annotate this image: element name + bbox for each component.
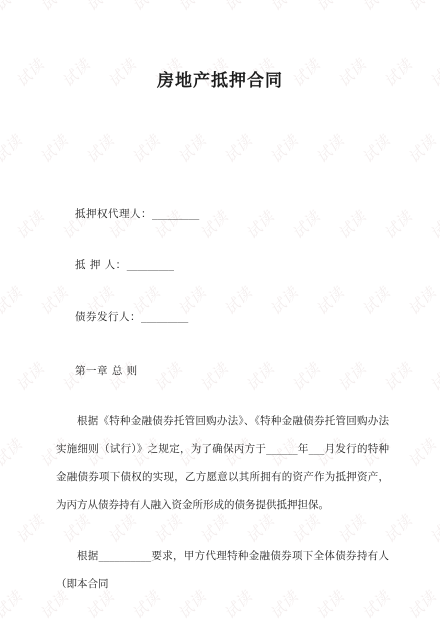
watermark-text: 试读 [357, 130, 394, 167]
watermark-text: 试读 [311, 130, 348, 167]
watermark-text: 试读 [403, 282, 440, 319]
watermark-text: 试读 [425, 510, 440, 547]
watermark-text: 试读 [403, 586, 440, 620]
watermark-text: 试读 [403, 0, 440, 15]
fill-in-blank-mortgagee-agent[interactable]: _________ [152, 208, 199, 220]
watermark-text: 试读 [357, 282, 394, 319]
watermark-text: 试读 [0, 586, 27, 620]
watermark-text: 试读 [425, 358, 440, 395]
form-row-mortgagee-agent: 抵押权代理人：_________ [75, 206, 199, 221]
watermark-text: 试读 [173, 0, 210, 15]
watermark-text: 试读 [403, 130, 440, 167]
watermark-text: 试读 [35, 282, 72, 319]
watermark-text: 试读 [287, 358, 324, 395]
watermark-text: 试读 [311, 282, 348, 319]
watermark-text: 试读 [265, 130, 302, 167]
watermark-text: 试读 [241, 358, 278, 395]
watermark-text: 试读 [0, 282, 27, 319]
watermark-text: 试读 [241, 206, 278, 243]
document-title: 房地产抵押合同 [0, 66, 440, 91]
fill-in-blank-bond-issuer[interactable]: _________ [141, 311, 188, 323]
paragraph-agent-requirement: 根据__________要求，甲方代理特种金融债券项下全体债券持有人（即本合同 [56, 542, 389, 598]
watermark-text: 试读 [149, 358, 186, 395]
watermark-text: 试读 [127, 0, 164, 15]
field-label-mortgagor: 抵 押 人： [75, 259, 127, 271]
watermark-text: 试读 [0, 0, 27, 15]
form-row-bond-issuer: 债券发行人：_________ [75, 309, 188, 324]
watermark-text: 试读 [403, 434, 440, 471]
watermark-text: 试读 [265, 0, 302, 15]
watermark-text: 试读 [173, 130, 210, 167]
form-row-mortgagor: 抵 押 人：_________ [75, 257, 174, 272]
watermark-layer: 试读试读试读试读试读试读试读试读试读试读试读试读试读试读试读试读试读试读试读试读… [0, 0, 440, 620]
watermark-text: 试读 [0, 130, 27, 167]
fill-in-blank-mortgagor[interactable]: _________ [127, 259, 174, 271]
watermark-text: 试读 [219, 282, 256, 319]
watermark-text: 试读 [0, 434, 27, 471]
watermark-text: 试读 [219, 130, 256, 167]
watermark-text: 试读 [195, 206, 232, 243]
watermark-text: 试读 [333, 206, 370, 243]
watermark-text: 试读 [287, 206, 324, 243]
watermark-text: 试读 [81, 130, 118, 167]
watermark-text: 试读 [379, 358, 416, 395]
chapter-heading: 第一章 总 则 [75, 363, 138, 378]
paragraph-general-provisions: 根据《特种金融债券托管回购办法》、《特种金融债券托管回购办法实施细则（试行）》之… [56, 407, 389, 519]
watermark-text: 试读 [219, 0, 256, 15]
watermark-text: 试读 [311, 0, 348, 15]
document-page: 试读试读试读试读试读试读试读试读试读试读试读试读试读试读试读试读试读试读试读试读… [0, 0, 440, 620]
watermark-text: 试读 [11, 206, 48, 243]
watermark-text: 试读 [425, 206, 440, 243]
watermark-text: 试读 [35, 130, 72, 167]
watermark-text: 试读 [11, 510, 48, 547]
watermark-text: 试读 [379, 206, 416, 243]
field-label-mortgagee-agent: 抵押权代理人： [75, 208, 152, 220]
watermark-text: 试读 [11, 358, 48, 395]
watermark-text: 试读 [81, 0, 118, 15]
watermark-text: 试读 [127, 130, 164, 167]
watermark-text: 试读 [195, 358, 232, 395]
watermark-text: 试读 [357, 0, 394, 15]
watermark-text: 试读 [35, 0, 72, 15]
watermark-text: 试读 [265, 282, 302, 319]
watermark-text: 试读 [333, 358, 370, 395]
field-label-bond-issuer: 债券发行人： [75, 311, 141, 323]
